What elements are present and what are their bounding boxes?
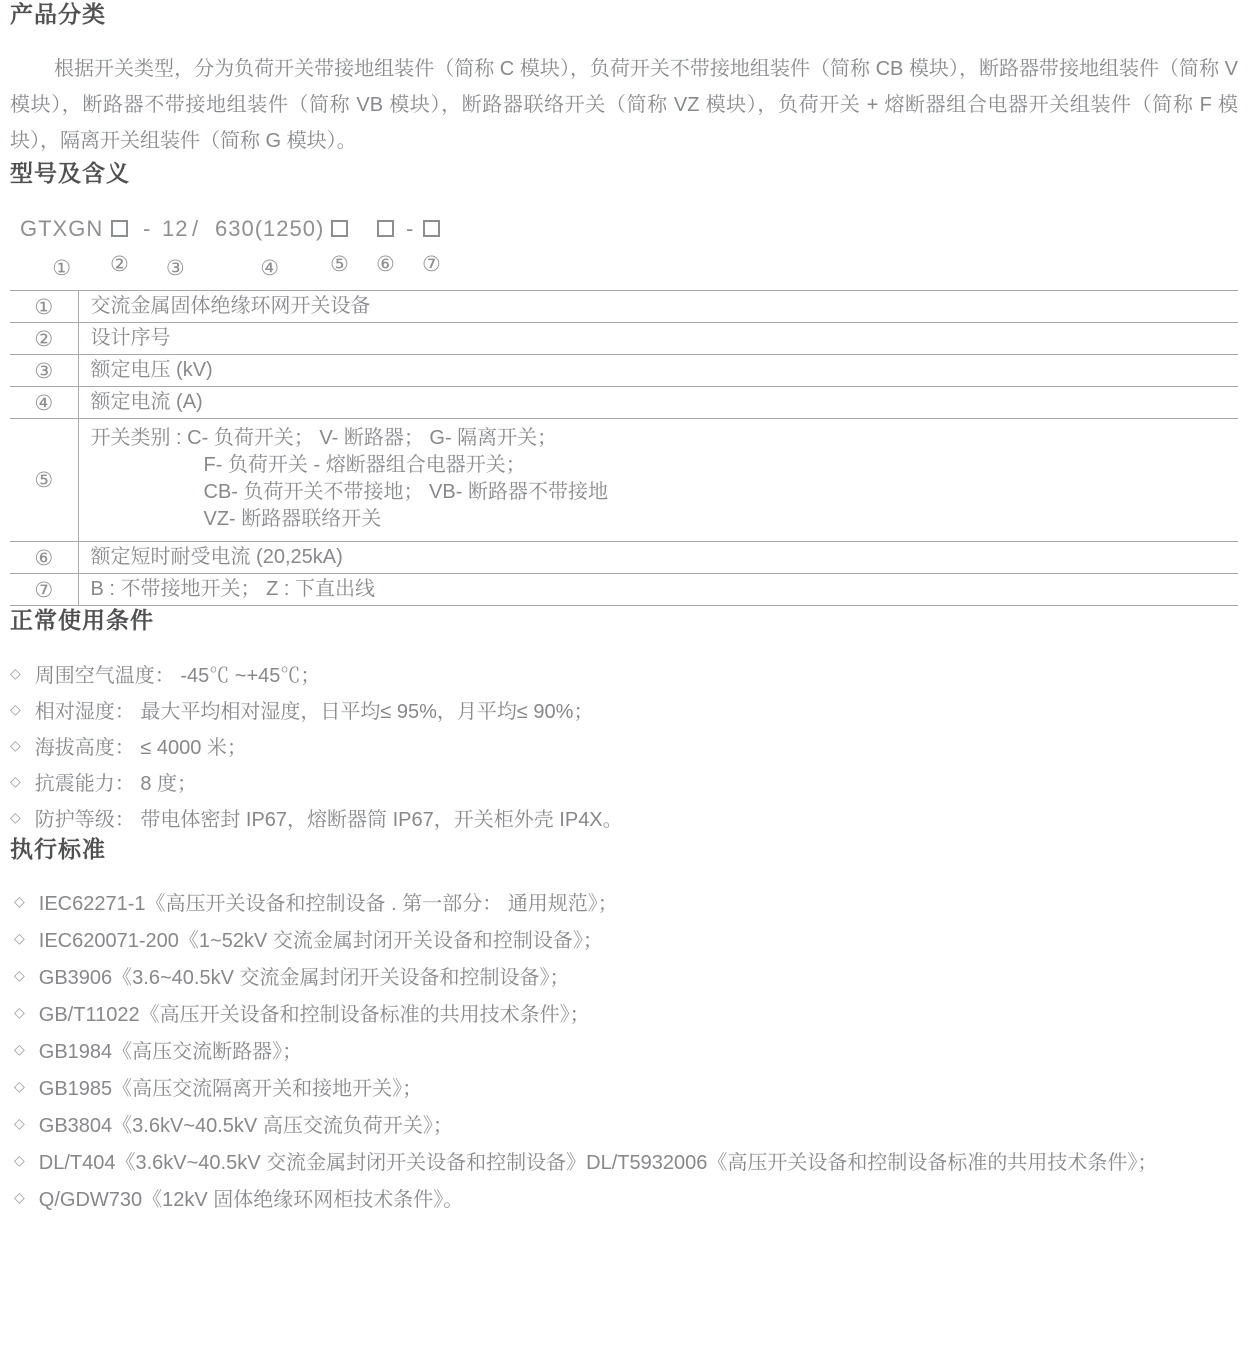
description-line: 交流金属固体绝缘环网开关设备 — [91, 293, 1233, 320]
condition-item: ◇抗震能力： 8 度； — [10, 763, 1238, 799]
model-code-box-slot: ⑥ — [376, 217, 395, 276]
standard-item: ◇Q/GDW730《12kV 固体绝缘环网柜技术条件》。 — [10, 1179, 1238, 1216]
row-description: 额定电压 (kV) — [78, 355, 1238, 387]
diamond-bullet-icon: ◇ — [14, 893, 25, 910]
list-item-text: GB1985《高压交流隔离开关和接地开关》； — [39, 1072, 422, 1101]
list-item-text: DL/T404《3.6kV~40.5kV 交流金属封闭开关设备和控制设备》DL/… — [39, 1146, 1158, 1175]
table-row: ③额定电压 (kV) — [10, 355, 1238, 387]
model-code-box-slot: ⑤ — [330, 217, 349, 276]
circled-number: ⑤ — [330, 252, 349, 276]
model-code-token: GTXGN① — [20, 217, 103, 280]
description-line: B : 不带接地开关； Z : 下直出线 — [91, 576, 1233, 603]
model-code-text: - — [143, 217, 151, 241]
list-item-text: 海拔高度： ≤ 4000 米； — [35, 731, 247, 760]
standard-item: ◇GB1985《高压交流隔离开关和接地开关》； — [10, 1068, 1238, 1105]
placeholder-box-icon — [111, 220, 128, 237]
model-code-text: 12 — [162, 217, 188, 241]
model-code-token: 12③ — [162, 217, 188, 280]
section-product-classification: 产品分类 根据开关类型，分为负荷开关带接地组装件（简称 C 模块），负荷开关不带… — [10, 0, 1238, 159]
product-classification-title: 产品分类 — [10, 0, 1238, 28]
list-item-text: 抗震能力： 8 度； — [35, 767, 197, 796]
placeholder-box-icon — [423, 220, 440, 237]
circled-number: ① — [52, 256, 71, 280]
list-item-text: Q/GDW730《12kV 固体绝缘环网柜技术条件》。 — [39, 1183, 464, 1212]
model-code-token: - — [406, 217, 414, 241]
model-meaning-table: ①交流金属固体绝缘环网开关设备②设计序号③额定电压 (kV)④额定电流 (A)⑤… — [10, 290, 1238, 606]
diamond-bullet-icon: ◇ — [14, 1189, 25, 1206]
model-code-text: 630(1250) — [215, 217, 324, 241]
circled-number: ⑦ — [422, 252, 441, 276]
circled-number: ② — [110, 252, 129, 276]
diamond-bullet-icon: ◇ — [10, 665, 21, 682]
row-circled-number: ① — [10, 291, 78, 323]
standard-item: ◇GB/T11022《高压开关设备和控制设备标准的共用技术条件》； — [10, 994, 1238, 1031]
description-line: 设计序号 — [91, 325, 1233, 352]
model-code-box-slot: ⑦ — [422, 217, 441, 276]
list-item-text: IEC62271-1《高压开关设备和控制设备 . 第一部分： 通用规范》； — [39, 887, 618, 916]
section-normal-conditions: 正常使用条件 ◇周围空气温度： -45℃ ~+45℃；◇相对湿度： 最大平均相对… — [10, 606, 1238, 835]
table-row: ①交流金属固体绝缘环网开关设备 — [10, 291, 1238, 323]
table-row: ⑥额定短时耐受电流 (20,25kA) — [10, 542, 1238, 574]
model-designation-title: 型号及含义 — [10, 159, 1238, 187]
description-line: VZ- 断路器联络开关 — [91, 506, 1233, 533]
row-description: 额定短时耐受电流 (20,25kA) — [78, 542, 1238, 574]
circled-number: ④ — [260, 256, 279, 280]
diamond-bullet-icon: ◇ — [10, 701, 21, 718]
description-line: 额定短时耐受电流 (20,25kA) — [91, 544, 1233, 571]
description-line: 额定电压 (kV) — [91, 357, 1233, 384]
placeholder-box-icon — [377, 220, 394, 237]
diamond-bullet-icon: ◇ — [14, 1041, 25, 1058]
standard-item: ◇GB3906《3.6~40.5kV 交流金属封闭开关设备和控制设备》； — [10, 957, 1238, 994]
row-circled-number: ④ — [10, 387, 78, 419]
description-line: 开关类别 : C- 负荷开关； V- 断路器； G- 隔离开关； — [91, 425, 1233, 452]
model-code-formula: GTXGN①②-12③/630(1250)④⑤⑥-⑦ — [10, 217, 1238, 285]
standards-title: 执行标准 — [10, 835, 1238, 863]
list-item-text: IEC620071-200《1~52kV 交流金属封闭开关设备和控制设备》； — [39, 924, 603, 953]
table-row: ⑤开关类别 : C- 负荷开关； V- 断路器； G- 隔离开关；F- 负荷开关… — [10, 419, 1238, 542]
section-standards: 执行标准 ◇IEC62271-1《高压开关设备和控制设备 . 第一部分： 通用规… — [10, 835, 1238, 1216]
table-row: ④额定电流 (A) — [10, 387, 1238, 419]
diamond-bullet-icon: ◇ — [10, 773, 21, 790]
model-code-text: GTXGN — [20, 217, 103, 241]
row-description: 开关类别 : C- 负荷开关； V- 断路器； G- 隔离开关；F- 负荷开关 … — [78, 419, 1238, 542]
list-item-text: GB3906《3.6~40.5kV 交流金属封闭开关设备和控制设备》； — [39, 961, 570, 990]
model-code-token: - — [143, 217, 151, 241]
list-item-text: GB3804《3.6kV~40.5kV 高压交流负荷开关》； — [39, 1109, 453, 1138]
row-circled-number: ⑥ — [10, 542, 78, 574]
condition-item: ◇防护等级： 带电体密封 IP67，熔断器筒 IP67，开关柜外壳 IP4X。 — [10, 799, 1238, 835]
standard-item: ◇IEC620071-200《1~52kV 交流金属封闭开关设备和控制设备》； — [10, 920, 1238, 957]
list-item-text: 周围空气温度： -45℃ ~+45℃； — [35, 659, 321, 688]
description-line: 额定电流 (A) — [91, 389, 1233, 416]
model-code-token: / — [192, 217, 199, 241]
row-description: 额定电流 (A) — [78, 387, 1238, 419]
conditions-list: ◇周围空气温度： -45℃ ~+45℃；◇相对湿度： 最大平均相对湿度，日平均≤… — [10, 655, 1238, 835]
placeholder-box-icon — [331, 220, 348, 237]
condition-item: ◇海拔高度： ≤ 4000 米； — [10, 727, 1238, 763]
model-code-box-slot: ② — [110, 217, 129, 276]
list-item-text: GB/T11022《高压开关设备和控制设备标准的共用技术条件》； — [39, 998, 590, 1027]
diamond-bullet-icon: ◇ — [14, 1152, 25, 1169]
row-circled-number: ⑤ — [10, 419, 78, 542]
normal-conditions-title: 正常使用条件 — [10, 606, 1238, 634]
product-classification-paragraph: 根据开关类型，分为负荷开关带接地组装件（简称 C 模块），负荷开关不带接地组装件… — [10, 51, 1238, 159]
circled-number: ⑥ — [376, 252, 395, 276]
description-line: CB- 负荷开关不带接地； VB- 断路器不带接地 — [91, 479, 1233, 506]
row-circled-number: ② — [10, 323, 78, 355]
condition-item: ◇周围空气温度： -45℃ ~+45℃； — [10, 655, 1238, 691]
table-row: ②设计序号 — [10, 323, 1238, 355]
section-model-designation: 型号及含义 GTXGN①②-12③/630(1250)④⑤⑥-⑦ ①交流金属固体… — [10, 159, 1238, 606]
diamond-bullet-icon: ◇ — [10, 809, 21, 826]
diamond-bullet-icon: ◇ — [14, 1078, 25, 1095]
standard-item: ◇IEC62271-1《高压开关设备和控制设备 . 第一部分： 通用规范》； — [10, 883, 1238, 920]
list-item-text: GB1984《高压交流断路器》； — [39, 1035, 302, 1064]
list-item-text: 防护等级： 带电体密封 IP67，熔断器筒 IP67，开关柜外壳 IP4X。 — [35, 803, 623, 832]
row-circled-number: ⑦ — [10, 574, 78, 606]
diamond-bullet-icon: ◇ — [14, 930, 25, 947]
model-code-text: - — [406, 217, 414, 241]
standard-item: ◇GB1984《高压交流断路器》； — [10, 1031, 1238, 1068]
condition-item: ◇相对湿度： 最大平均相对湿度，日平均≤ 95%，月平均≤ 90%； — [10, 691, 1238, 727]
diamond-bullet-icon: ◇ — [14, 1004, 25, 1021]
row-description: 设计序号 — [78, 323, 1238, 355]
standard-item: ◇DL/T404《3.6kV~40.5kV 交流金属封闭开关设备和控制设备》DL… — [10, 1142, 1238, 1179]
diamond-bullet-icon: ◇ — [14, 1115, 25, 1132]
list-item-text: 相对湿度： 最大平均相对湿度，日平均≤ 95%，月平均≤ 90%； — [35, 695, 594, 724]
description-line: F- 负荷开关 - 熔断器组合电器开关； — [91, 452, 1233, 479]
row-description: 交流金属固体绝缘环网开关设备 — [78, 291, 1238, 323]
table-row: ⑦B : 不带接地开关； Z : 下直出线 — [10, 574, 1238, 606]
circled-number: ③ — [166, 256, 185, 280]
diamond-bullet-icon: ◇ — [10, 737, 21, 754]
document-page: 产品分类 根据开关类型，分为负荷开关带接地组装件（简称 C 模块），负荷开关不带… — [0, 0, 1250, 1365]
standard-item: ◇GB3804《3.6kV~40.5kV 高压交流负荷开关》； — [10, 1105, 1238, 1142]
model-code-text: / — [192, 217, 199, 241]
row-description: B : 不带接地开关； Z : 下直出线 — [78, 574, 1238, 606]
standards-list: ◇IEC62271-1《高压开关设备和控制设备 . 第一部分： 通用规范》；◇I… — [10, 883, 1238, 1216]
diamond-bullet-icon: ◇ — [14, 967, 25, 984]
model-code-token: 630(1250)④ — [215, 217, 324, 280]
row-circled-number: ③ — [10, 355, 78, 387]
